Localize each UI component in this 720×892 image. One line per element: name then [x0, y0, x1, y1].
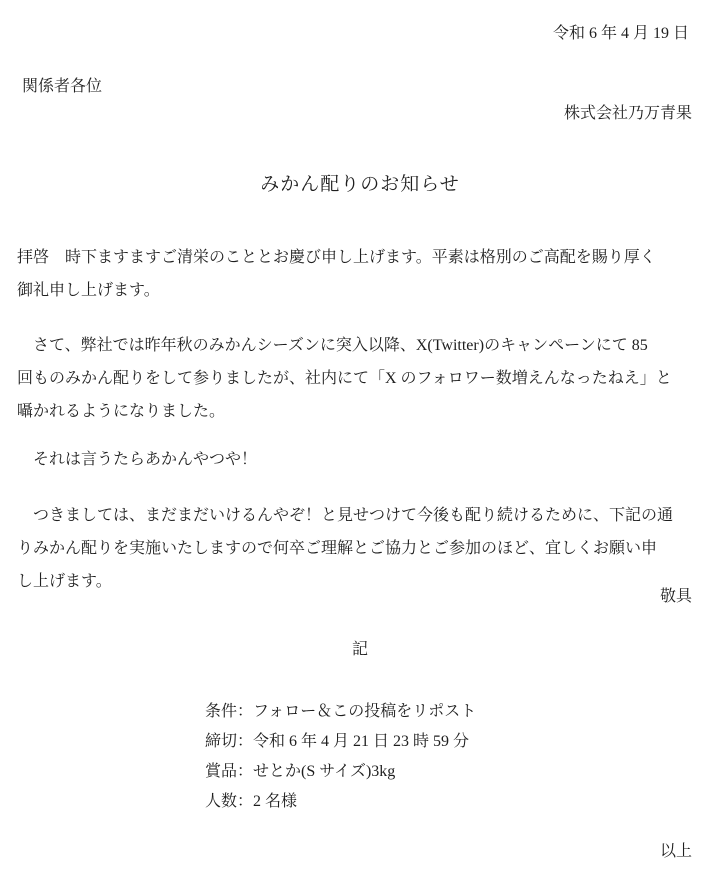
notice-item: 賞品：せとか(S サイズ)3kg [205, 757, 476, 787]
notice-item: 締切：令和 6 年 4 月 21 日 23 時 59 分 [205, 727, 476, 757]
paragraph-line: 拝啓 時下ますますご清栄のこととお慶び申し上げます。平素は格別のご高配を賜り厚く [17, 241, 702, 274]
paragraph-line: し上げます。 [17, 565, 702, 598]
paragraph-line: 回ものみかん配りをして参りましたが、社内にて「X のフォロワー数増えんなったねえ… [17, 362, 702, 395]
paragraph-line: 御礼申し上げます。 [17, 274, 702, 307]
letter-end-marker: 以上 [660, 842, 692, 862]
notice-marker: 記 [0, 640, 720, 660]
letter-sender-company: 株式会社乃万青果 [564, 104, 692, 124]
letter-closing: 敬具 [660, 587, 692, 607]
paragraph-line: つきましては、まだまだいけるんやぞ！と見せつけて今後も配り続けるために、下記の通 [17, 499, 702, 532]
letter-title: みかん配りのお知らせ [0, 172, 720, 198]
notice-item: 人数：2 名様 [205, 787, 476, 817]
body-paragraph: それは言うたらあかんやつや！ [17, 443, 702, 476]
letter-recipient: 関係者各位 [22, 77, 102, 97]
letter-date: 令和 6 年 4 月 19 日 [553, 24, 689, 44]
letter-page: 令和 6 年 4 月 19 日 関係者各位 株式会社乃万青果 みかん配りのお知ら… [0, 0, 720, 892]
body-paragraph: 拝啓 時下ますますご清栄のこととお慶び申し上げます。平素は格別のご高配を賜り厚く… [17, 241, 702, 307]
body-paragraph: さて、弊社では昨年秋のみかんシーズンに突入以降、X(Twitter)のキャンペー… [17, 329, 702, 428]
notice-item: 条件：フォロー＆この投稿をリポスト [205, 697, 476, 727]
paragraph-line: さて、弊社では昨年秋のみかんシーズンに突入以降、X(Twitter)のキャンペー… [17, 329, 702, 362]
notice-list: 条件：フォロー＆この投稿をリポスト締切：令和 6 年 4 月 21 日 23 時… [205, 697, 476, 817]
paragraph-line: それは言うたらあかんやつや！ [17, 443, 702, 476]
body-paragraph: つきましては、まだまだいけるんやぞ！と見せつけて今後も配り続けるために、下記の通… [17, 499, 702, 598]
paragraph-line: りみかん配りを実施いたしますので何卒ご理解とご協力とご参加のほど、宜しくお願い申 [17, 532, 702, 565]
paragraph-line: 囁かれるようになりました。 [17, 395, 702, 428]
